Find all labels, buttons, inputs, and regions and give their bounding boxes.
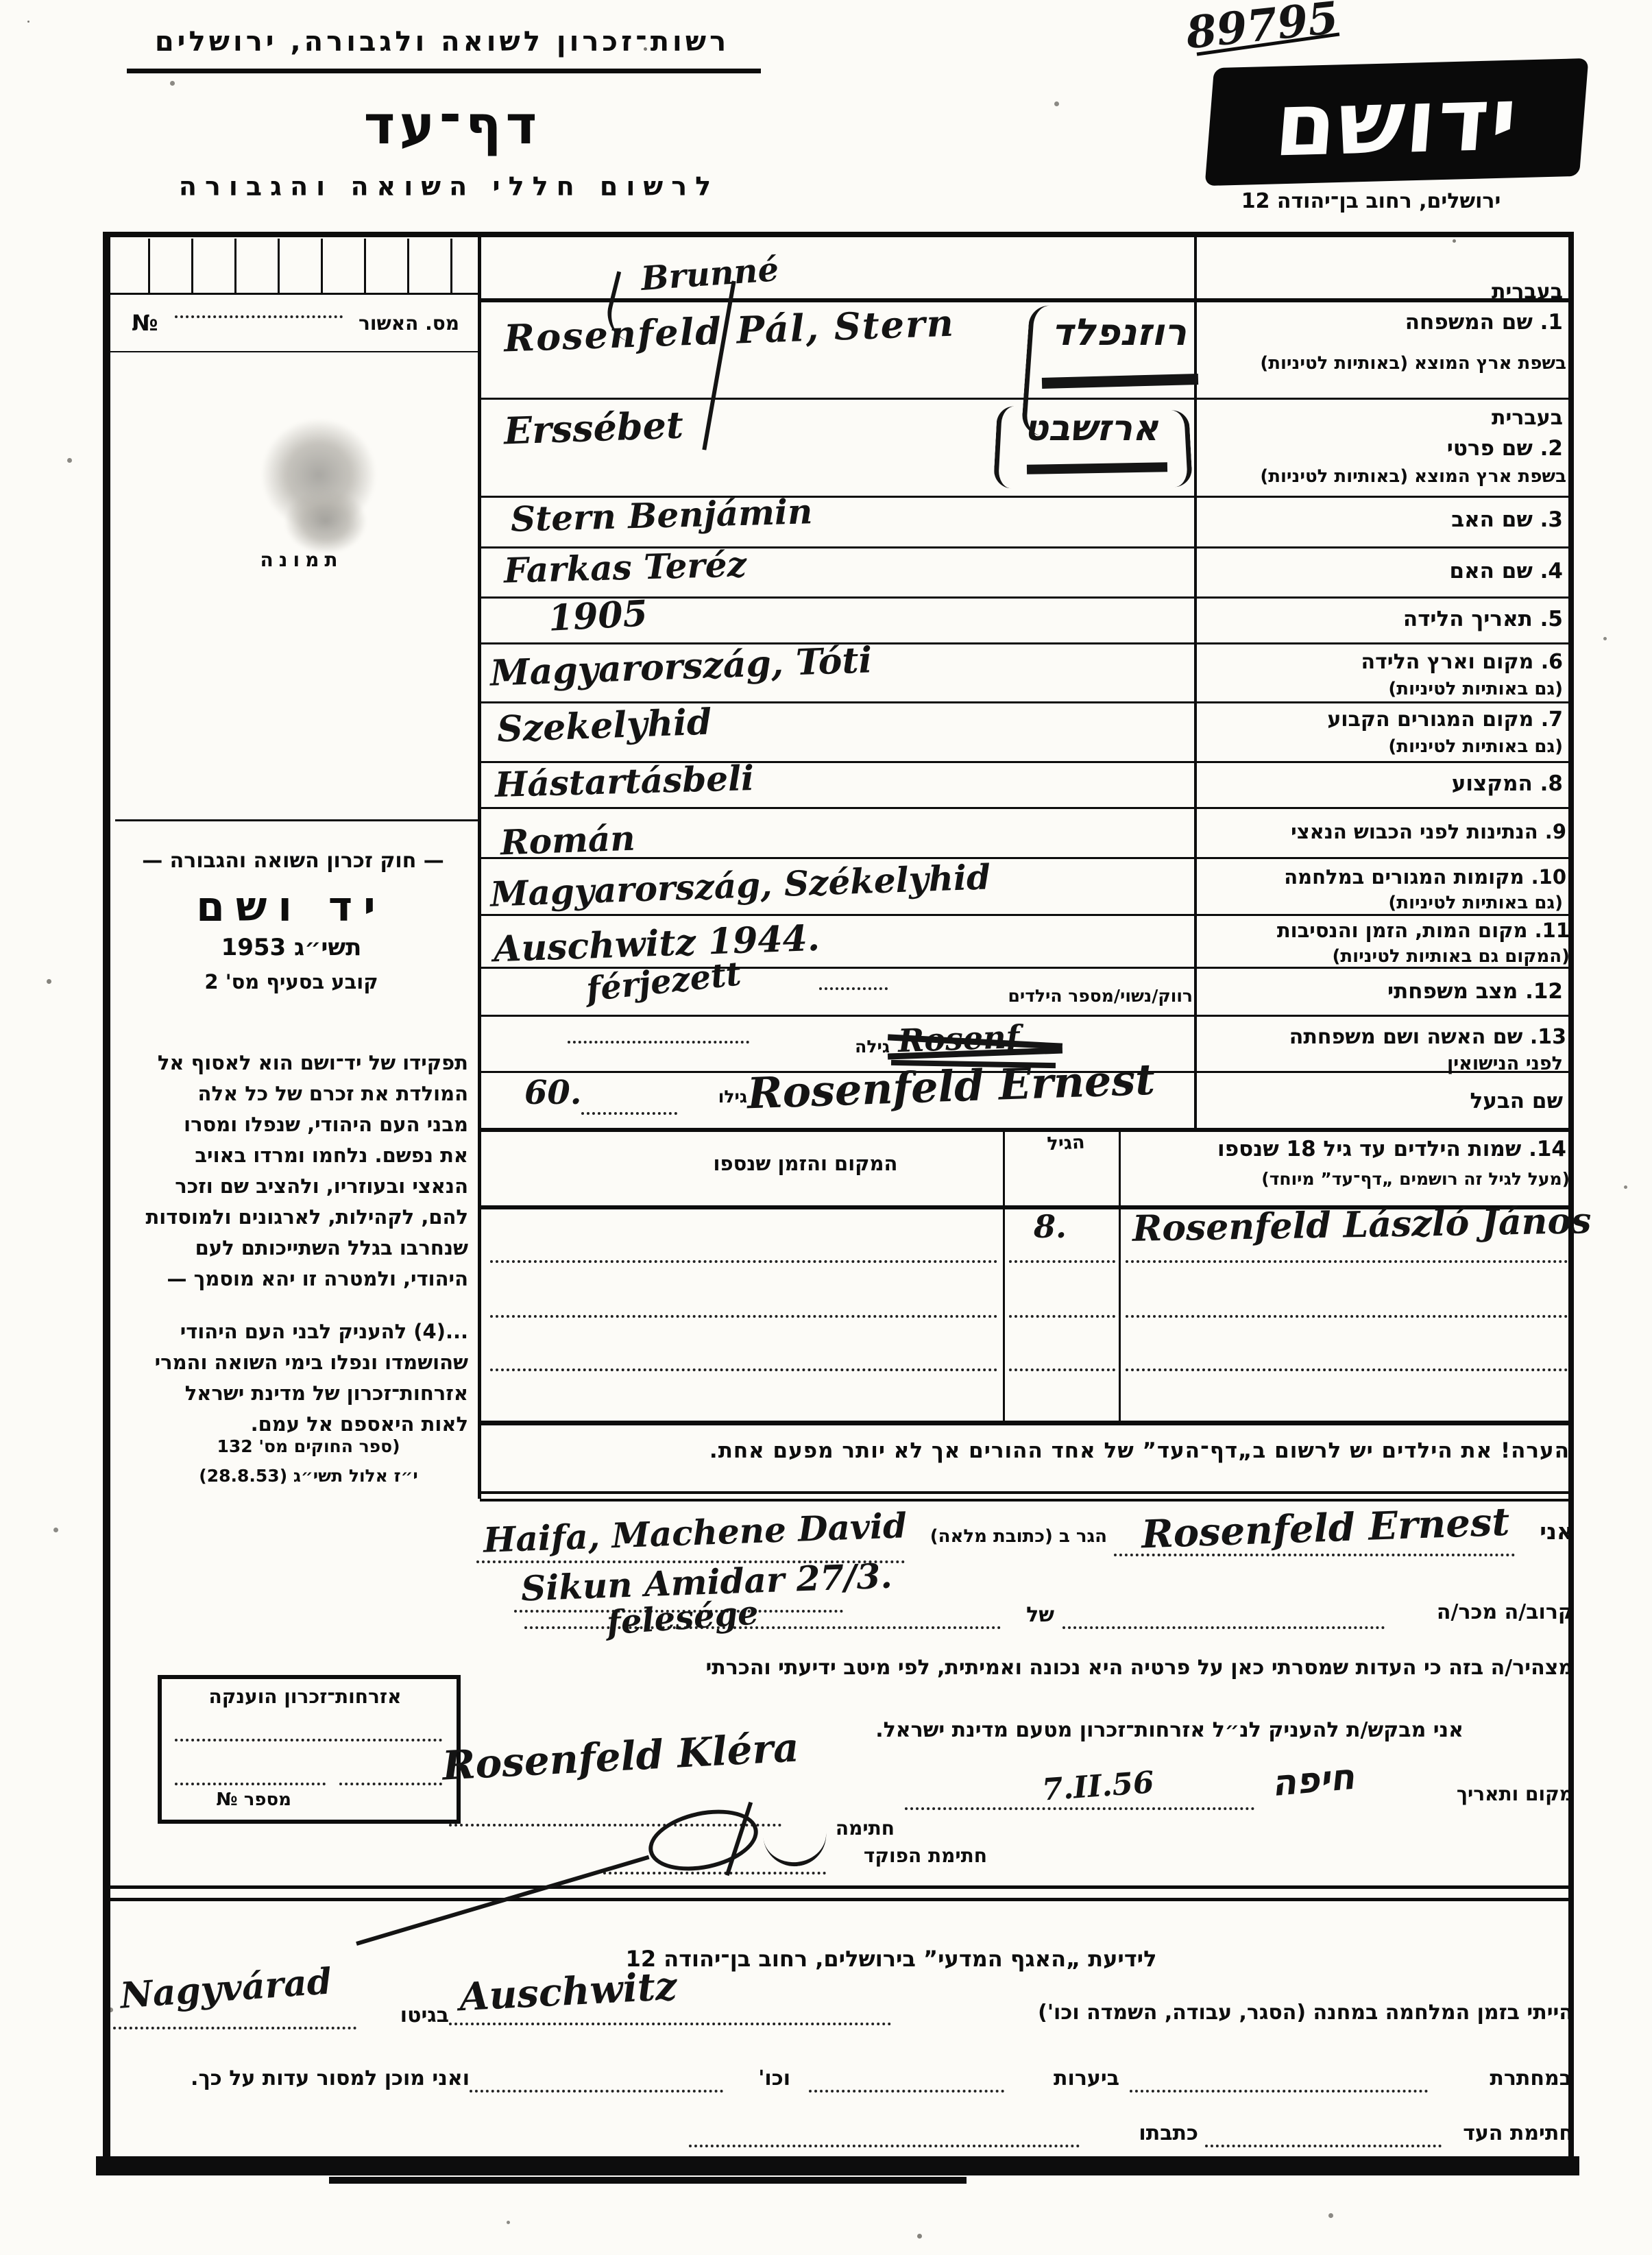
witness-signature-label: חתימת העד [1450,2121,1573,2145]
row-rule [480,857,1570,859]
field-11-value: Auschwitz 1944. [493,917,821,971]
field-3-label: 3. שם האב [1206,507,1563,532]
law-line: שנחרבו בגלל השתייכותם לעם [115,1233,468,1264]
declaration-i-label: אני [1525,1518,1573,1545]
yad-vashem-logo: ידושם [1205,58,1589,186]
cell-divider [321,239,323,293]
child-row-age: 8. [1034,1208,1067,1245]
hebrew-bracket-stroke [993,405,1023,489]
note-double-rule [480,1491,1570,1494]
children-section-title: 14. שמות הילדים עד גיל 18 שנספו [1203,1137,1566,1161]
field-1-label: 1. שם המשפחה [1206,310,1563,335]
field-11-sublabel: (המקום גם באותיות לטיניות) [1200,946,1570,967]
testify-label: ואני מוכן למסור עדות על כך. [113,2066,470,2090]
law-line: מבני העם היהודי, שנפלו ומסרו [115,1109,468,1140]
statement-line: מצהיר/ה בזה כי העדות שמסרתי כאן על פרטיה… [542,1656,1573,1680]
field-4-label: 4. שם האם [1206,559,1563,583]
law-line: אזרחות־זכרון של מדינת ישראל [115,1378,468,1409]
field-7-sublabel: (גם באותיות לטיניות) [1206,736,1563,757]
law-paragraph-2: ...(4) להעניק לבני העם היהודי שהושמדו ונ… [115,1316,468,1440]
logo-address: ירושלים, רחוב בן־יהודה 12 [1165,189,1577,213]
law-line: את נפשם. נלחמו ומרדו באויב [115,1140,468,1171]
field-5-value: 1905 [548,592,649,639]
field-2-label: 2. שם פרטי [1206,436,1563,461]
place-date-line [905,1807,1254,1810]
header-underline [127,69,761,73]
field-9-label: 9. הנתינות לפני הכבוש הנאצי [1203,820,1566,843]
date-value: 7.II.56 [1041,1765,1155,1807]
cell-divider [148,239,150,293]
field-3-value: Stern Benjámin [510,491,813,540]
footer-double-rule [103,1898,1574,1901]
law-title: — חוק זכרון השואה והגבורה — [117,849,470,873]
underground-label: במחתרת [1445,2066,1572,2090]
scanned-testimony-page: רשות־זכרון לשואה ולגבורה, ירושלים דף־עד … [0,0,1652,2255]
field-6-sublabel: (גם באותיות לטיניות) [1206,679,1563,699]
field-7-label: 7. מקום המגורים הקבוע [1206,708,1563,732]
law-section: קובע בסעיף מס' 2 [144,970,439,993]
hebrew-underline-scribble [1027,462,1167,474]
citizenship-box-line [175,1783,326,1785]
address-line-1: Haifa, Machene David [483,1505,908,1560]
approval-number-label: מס. האשור [346,312,459,335]
official-signature-scrawl [762,1823,829,1869]
field-8-value: Hástartásbeli [494,758,754,805]
husband-age-line [581,1112,677,1115]
insertion-slash-stroke [702,280,736,450]
children-row-line [1126,1368,1568,1371]
approval-row-rule [103,351,480,352]
underground-line [1130,2090,1428,2093]
of-label: של [1013,1603,1054,1627]
law-line: תפקידו של יד־ושם הוא לאסוף אל [115,1048,468,1078]
field-13-label: 13. שם האשה ושם משפחתה [1203,1025,1566,1049]
logo-text: ידושם [1272,68,1522,176]
children-section-subtitle: (מעל לגיל זה רושמים „דף־עד” מיוחד) [1200,1169,1570,1189]
field-13-age-label: גילה [821,1037,890,1057]
children-table-divider [1003,1128,1005,1421]
field-12-status-label: רווק/נשוי/מספר הילדים [891,986,1193,1006]
cell-divider [278,239,280,293]
children-table-bottom-rule [480,1421,1570,1425]
signature-value: Rosenfeld Kléra [441,1724,801,1789]
row-rule [480,914,1570,916]
children-row-line [490,1368,997,1371]
cell-divider [364,239,366,293]
law-line: שהושמדו ונפלו בימי השואה והמרי [115,1347,468,1378]
law-line: לאות היאספם אל עמם. [115,1409,468,1440]
citizen-box-line [339,1783,442,1785]
forests-label: ביערות [1013,2066,1119,2090]
field-1-hebrew-value: רוזנפלד [1045,310,1193,354]
children-row-line [1009,1315,1115,1318]
insertion-brunne: Brunné [640,250,780,298]
divider-left-column [478,232,481,1499]
child-row-name: Rosenfeld László János [1132,1200,1592,1250]
witness-address-label: כתבתו [1089,2121,1198,2145]
field-7-value: Szekelyhid [496,701,712,751]
witness-signature-line [1205,2145,1442,2147]
cell-divider [450,239,452,293]
field-11-label: 11. מקום המות, הזמן והנסיבות [1200,919,1570,942]
field-1-sublabel: בשפת ארץ המוצא (באותיות לטיניות) [1200,353,1566,374]
forests-line [809,2090,1004,2093]
husband-age-value: 60. [524,1074,582,1112]
form-border-left [103,232,110,2175]
children-table-divider [1119,1128,1121,1421]
form-subtitle: לרשום חללי השואה והגבורה [158,171,740,202]
field-2-lang-label: בעברית [1206,406,1563,430]
field-10-value: Magyarország, Székelyhid [489,856,991,914]
camp-line [449,2023,891,2025]
photo-smudge [274,480,377,562]
children-row-line [490,1315,997,1318]
cell-divider [191,239,193,293]
field-8-label: 8. המקצוע [1206,771,1563,796]
husband-label: שם הבעל [1344,1089,1563,1113]
footer-double-rule [103,1885,1574,1889]
ghetto-line [113,2027,356,2029]
children-age-header: הגיל [1014,1130,1117,1157]
approval-number-symbol: № [132,310,158,336]
field-2-value: Erssébet [503,402,684,453]
law-name: יד ושם [144,883,439,931]
etc-label: וכו' [732,2066,790,2090]
field-6-value: Magyarország, Tóti [489,639,873,694]
children-place-header: המקום והזמן שנספו [651,1152,960,1175]
field-13-line [568,1041,749,1044]
note-line: הערה! את הילדים יש לרשום ב„דף־העד” של אח… [500,1438,1570,1463]
law-source-1: (ספר החוקים מס' 132 [171,1436,446,1456]
law-line: להם, לקהילות, לארגונים ולמוסדות [115,1202,468,1233]
law-line: היהודי, ולמטרה זו יהא מוסמך — [115,1264,468,1294]
approval-number-line [175,315,343,318]
divider-label-column [1194,232,1197,1128]
field-10-sublabel: (גם באותיות לטיניות) [1206,893,1563,913]
declarant-name-value: Rosenfeld Ernest [1141,1499,1510,1558]
of-line [524,1626,1001,1629]
children-row-line [1126,1260,1568,1263]
authority-line: רשות־זכרון לשואה ולגבורה, ירושלים [130,26,754,58]
field-10-label: 10. מקומות המגורים במלחמה [1203,865,1566,889]
children-row-line [490,1260,997,1263]
official-signature-line [603,1872,826,1874]
form-border-top [103,232,1574,237]
place-value: חיפה [1270,1756,1357,1805]
hebrew-bracket-stroke [1163,409,1193,487]
etc-line [470,2090,723,2093]
children-row-line [1009,1368,1115,1371]
law-line: הנאצי ובעוזריו, ולהציב שם וזכר [115,1171,468,1202]
law-line: ...(4) להעניק לבני העם היהודי [115,1316,468,1347]
field-6-label: 6. מקום וארץ הלידה [1206,650,1563,674]
form-title: דף־עד [356,95,548,156]
row-rule [480,642,1570,644]
citizenship-box [158,1675,461,1824]
law-source-2: י״ז אלול תשי״ג (28.8.53) [171,1466,446,1486]
law-line: המולדת את זכרם של כל אלה [115,1078,468,1109]
form-border-bottom [96,2156,1579,2175]
relative-label: קרוב/ה מכר/ה [1392,1600,1573,1624]
cell-divider [407,239,409,293]
cells-strip-bottom-rule [103,293,480,295]
field-12-children-count-line [819,987,888,990]
law-year: תשי״ג 1953 [144,934,439,961]
official-signature-label: חתימת הפוקד [833,1844,987,1867]
camp-label: הייתי בזמן המלחמה במחנה (הסגר, עבודה, הש… [905,2001,1573,2025]
field-4-value: Farkas Teréz [503,544,746,590]
relative-line [1062,1626,1385,1629]
husband-age-label: גילו [685,1087,747,1107]
camp-value: Auschwitz [458,1964,678,2021]
place-date-label: מקום ותאריך [1426,1783,1573,1805]
request-line: אני מבקש/ת להעניק לנ״ל אזרחות־זכרון מטעם… [836,1718,1463,1742]
witness-address-line [689,2145,1080,2147]
row-rule [480,1015,1570,1017]
citizenship-box-line [175,1739,442,1741]
handwritten-ref-number: 89795 [1184,0,1341,59]
children-row-line [1009,1260,1115,1263]
scan-noise [27,21,29,23]
field-9-value: Román [500,818,636,863]
cell-divider [234,239,236,293]
row-rule [480,807,1570,809]
field-5-label: 5. תאריך הלידה [1206,607,1563,631]
ghetto-value: Nagyvárad [119,1960,333,2016]
field-2-hebrew-value: ארזשבט [1019,407,1163,449]
field-12-label: 12. מצב משפחתי [1206,979,1563,1004]
ghetto-label: בגיטו [360,2003,449,2027]
note-double-rule [480,1499,1570,1502]
form-border-bottom-smear [329,2177,967,2184]
law-block-top-rule [115,819,478,821]
field-1-value: Rosenfeld Pál, Stern [503,301,956,361]
field-2-sublabel: בשפת ארץ המוצא (באותיות לטיניות) [1200,466,1566,487]
row-rule-heavy [480,1128,1570,1132]
residing-label: הגר ב (כתובת מלאה) [915,1526,1107,1547]
children-row-line [1126,1315,1568,1318]
law-paragraph-1: תפקידו של יד־ושם הוא לאסוף אל המולדת את … [115,1048,468,1294]
hebrew-underline-scribble [1042,374,1198,389]
